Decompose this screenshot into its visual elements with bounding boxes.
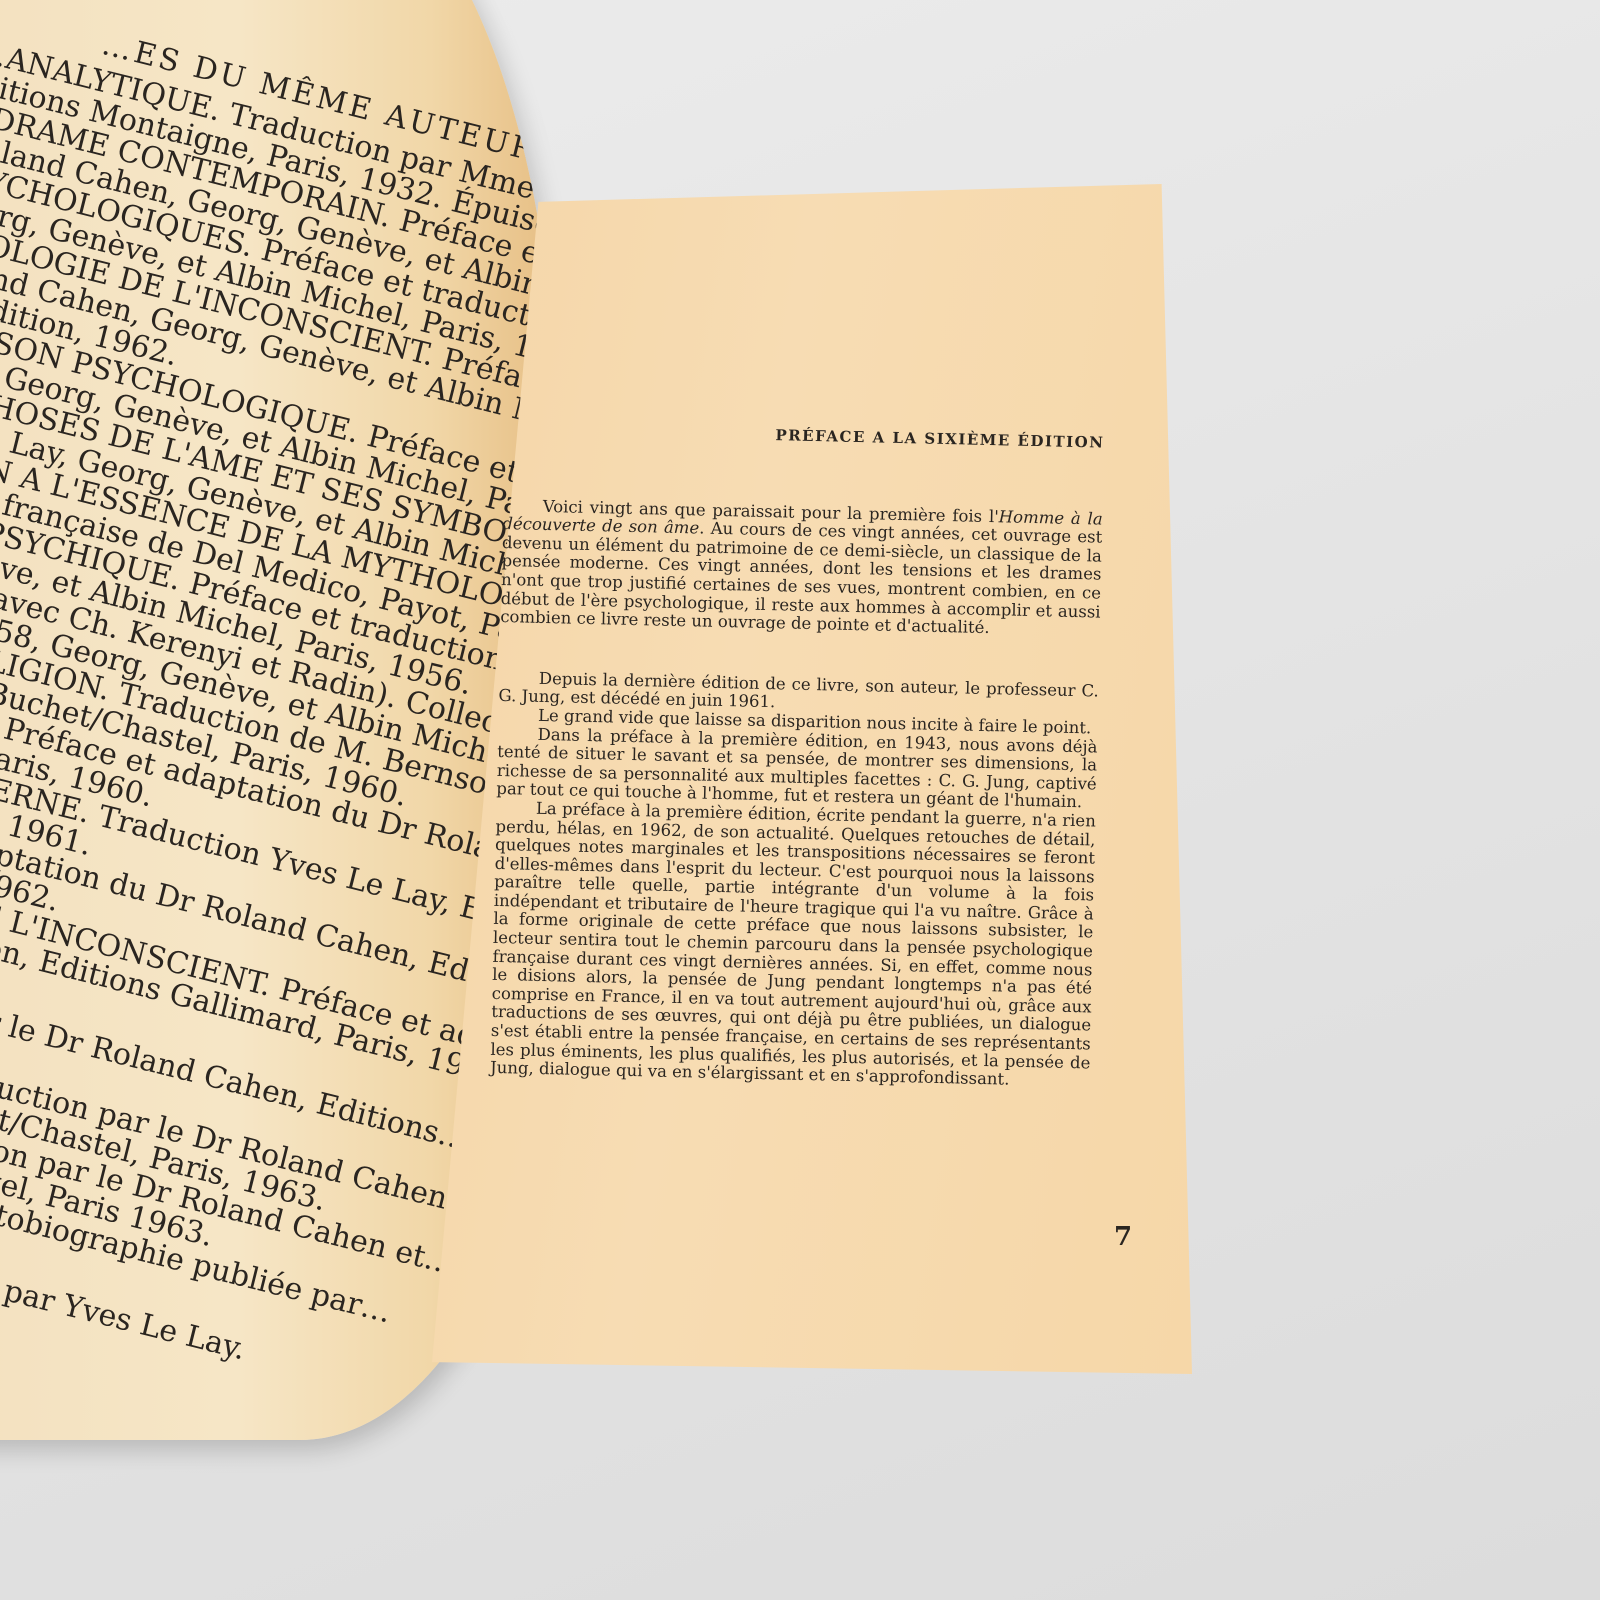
preface-paragraph: La préface à la première édition, écrite… [490, 799, 1096, 1091]
paragraph-text: . Au cours de ces vingt années, cet ouvr… [500, 519, 1102, 638]
page-number: 7 [1114, 1222, 1132, 1252]
preface-paragraph: Voici vingt ans que paraissait pour la p… [500, 497, 1103, 641]
preface-text: PRÉFACE A LA SIXIÈME ÉDITION Voici vingt… [490, 410, 1105, 1091]
preface-title: PRÉFACE A LA SIXIÈME ÉDITION [504, 420, 1104, 452]
